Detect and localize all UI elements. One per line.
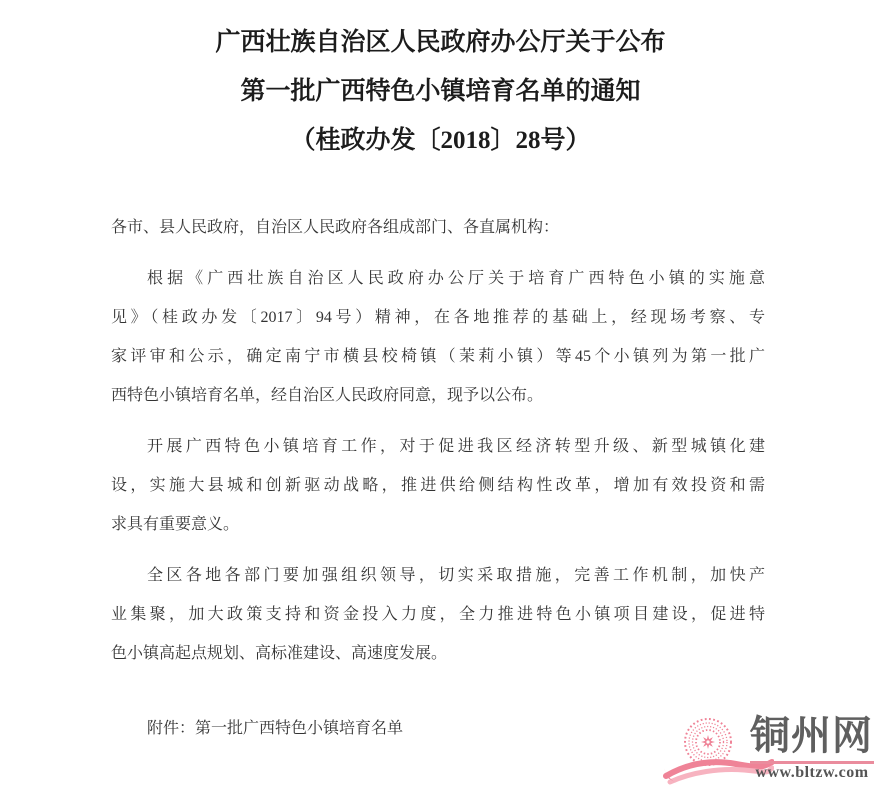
paragraph: 开展广西特色小镇培育工作，对于促进我区经济转型升级、新型城镇化建设，实施大县城和… — [111, 427, 765, 544]
document-line: 各市、县人民政府，自治区人民政府各组成部门、各直属机构： — [111, 208, 765, 247]
site-url: www.bltzw.com — [750, 764, 874, 782]
document-title: 广西壮族自治区人民政府办公厅关于公布 第一批广西特色小镇培育名单的通知 （桂政办… — [0, 0, 881, 165]
site-name: 铜州网 — [750, 714, 876, 758]
document-line: 业集聚，加大政策支持和资金投入力度，全力推进特色小镇项目建设，促进特 — [111, 595, 765, 634]
document-number-line: （桂政办发〔2018〕28号） — [0, 116, 881, 165]
document-line: 设，实施大县城和创新驱动战略，推进供给侧结构性改革，增加有效投资和需 — [111, 466, 765, 505]
paragraph: 根据《广西壮族自治区人民政府办公厅关于培育广西特色小镇的实施意见》（桂政办发〔2… — [111, 259, 765, 415]
document-line: 家评审和公示，确定南宁市横县校椅镇（茉莉小镇）等45个小镇列为第一批广 — [111, 337, 765, 376]
document-body: 各市、县人民政府，自治区人民政府各组成部门、各直属机构：根据《广西壮族自治区人民… — [111, 208, 765, 760]
document-line: 求具有重要意义。 — [111, 505, 765, 544]
document-page: 广西壮族自治区人民政府办公厅关于公布 第一批广西特色小镇培育名单的通知 （桂政办… — [0, 0, 881, 788]
document-title-line-1: 广西壮族自治区人民政府办公厅关于公布 — [0, 18, 881, 67]
document-line: 根据《广西壮族自治区人民政府办公厅关于培育广西特色小镇的实施意 — [111, 259, 765, 298]
document-line: 见》（桂政办发〔2017〕94号）精神，在各地推荐的基础上，经现场考察、专 — [111, 298, 765, 337]
paragraph: 各市、县人民政府，自治区人民政府各组成部门、各直属机构： — [111, 208, 765, 247]
document-line: 全区各地各部门要加强组织领导，切实采取措施，完善工作机制，加快产 — [111, 556, 765, 595]
paragraph: 全区各地各部门要加强组织领导，切实采取措施，完善工作机制，加快产业集聚，加大政策… — [111, 556, 765, 673]
document-line: 开展广西特色小镇培育工作，对于促进我区经济转型升级、新型城镇化建 — [111, 427, 765, 466]
document-line: 西特色小镇培育名单，经自治区人民政府同意，现予以公布。 — [111, 376, 765, 415]
document-line: 色小镇高起点规划、高标准建设、高速度发展。 — [111, 634, 765, 673]
document-title-line-2: 第一批广西特色小镇培育名单的通知 — [0, 67, 881, 116]
